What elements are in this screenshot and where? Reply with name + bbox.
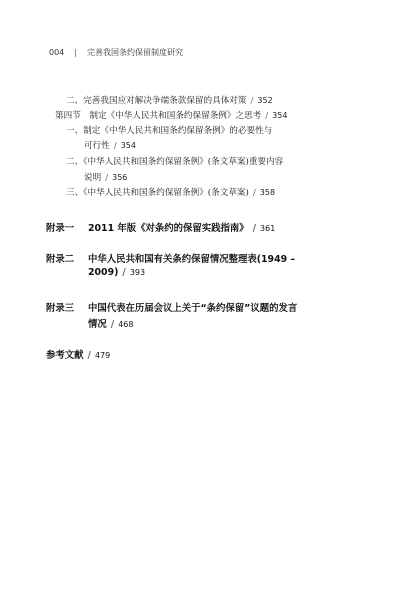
appendix-page: 361 <box>260 224 275 233</box>
appendix-label: 附录二 <box>46 251 88 265</box>
toc-entry-text: 一、制定《中华人民共和国条约保留条例》的必要性与 <box>66 126 272 136</box>
separator: / <box>122 267 125 278</box>
appendix-page: 393 <box>130 268 145 277</box>
page-number: 004 <box>49 48 64 57</box>
toc-entry-text: 说明 <box>84 173 101 183</box>
appendix-title: 中国代表在历届会议上关于“条约保留”议题的发言 <box>88 303 297 314</box>
header-divider: | <box>74 48 77 57</box>
appendix-page: 468 <box>118 320 133 329</box>
appendix-label: 附录三 <box>46 300 88 314</box>
toc-page: 352 <box>257 96 272 105</box>
appendix-title: 中华人民共和国有关条约保留情况整理表(1949 – <box>88 254 295 265</box>
references[interactable]: 参考文献/479 <box>46 347 110 361</box>
toc-entry[interactable]: 二、完善我国应对解决争端条款保留的具体对策/352 <box>66 94 273 106</box>
separator: / <box>265 111 268 121</box>
references-page: 479 <box>95 351 110 360</box>
toc-entry[interactable]: 一、制定《中华人民共和国条约保留条例》的必要性与 <box>66 124 272 136</box>
separator: / <box>253 188 256 198</box>
appendix-1[interactable]: 附录一2011 年版《对条约的保留实践指南》/361 <box>46 220 275 234</box>
appendix-label: 附录一 <box>46 220 88 234</box>
toc-entry-text: 二、《中华人民共和国条约保留条例》(条文草案)重要内容 <box>66 157 283 167</box>
appendix-title-cont: 2009) <box>88 267 118 278</box>
appendix-title: 2011 年版《对条约的保留实践指南》 <box>88 223 249 234</box>
toc-entry[interactable]: 二、《中华人民共和国条约保留条例》(条文草案)重要内容 <box>66 155 283 167</box>
running-header: 004 | 完善我国条约保留制度研究 <box>49 47 183 58</box>
separator: / <box>253 223 256 234</box>
toc-entry-cont[interactable]: 说明/356 <box>84 171 127 183</box>
toc-page: 354 <box>121 141 136 150</box>
toc-page: 354 <box>272 111 287 120</box>
appendix-3-cont[interactable]: 情况/468 <box>88 316 133 330</box>
separator: / <box>88 350 91 361</box>
toc-entry-text: 二、完善我国应对解决争端条款保留的具体对策 <box>66 96 246 106</box>
separator: / <box>111 319 114 330</box>
separator: / <box>114 141 117 151</box>
separator: / <box>250 96 253 106</box>
toc-entry-text: 三、《中华人民共和国条约保留条例》(条文草案) <box>66 188 249 198</box>
toc-page: 358 <box>260 188 275 197</box>
references-label: 参考文献 <box>46 350 84 361</box>
toc-entry[interactable]: 三、《中华人民共和国条约保留条例》(条文草案)/358 <box>66 186 275 198</box>
appendix-2-cont[interactable]: 2009)/393 <box>88 267 145 278</box>
toc-entry-text: 可行性 <box>84 141 110 151</box>
book-title: 完善我国条约保留制度研究 <box>87 47 183 58</box>
toc-entry-cont[interactable]: 可行性/354 <box>84 139 136 151</box>
toc-section[interactable]: 第四节 制定《中华人民共和国条约保留条例》之思考/354 <box>55 109 287 121</box>
appendix-title-cont: 情况 <box>88 319 107 330</box>
toc-entry-text: 第四节 制定《中华人民共和国条约保留条例》之思考 <box>55 111 261 121</box>
toc-page: 356 <box>112 173 127 182</box>
separator: / <box>105 173 108 183</box>
appendix-2[interactable]: 附录二中华人民共和国有关条约保留情况整理表(1949 – <box>46 251 295 265</box>
appendix-3[interactable]: 附录三中国代表在历届会议上关于“条约保留”议题的发言 <box>46 300 297 314</box>
